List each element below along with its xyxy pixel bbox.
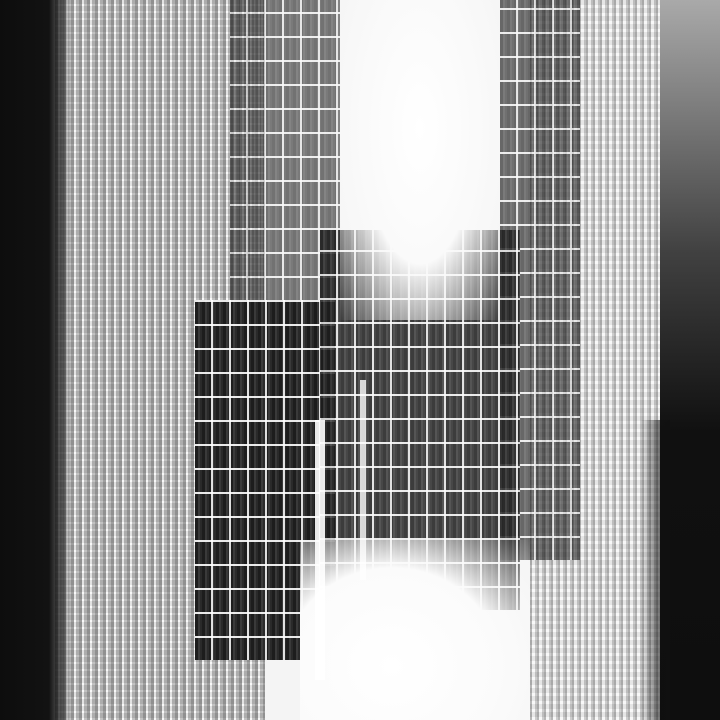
dark-left-border bbox=[0, 0, 70, 720]
white-streak bbox=[315, 420, 325, 680]
abstract-texture-print bbox=[0, 0, 720, 720]
dark-right-fade bbox=[640, 420, 670, 720]
bright-upper-area bbox=[340, 0, 500, 320]
white-streak-2 bbox=[360, 380, 366, 580]
bright-lower-area bbox=[300, 540, 530, 720]
